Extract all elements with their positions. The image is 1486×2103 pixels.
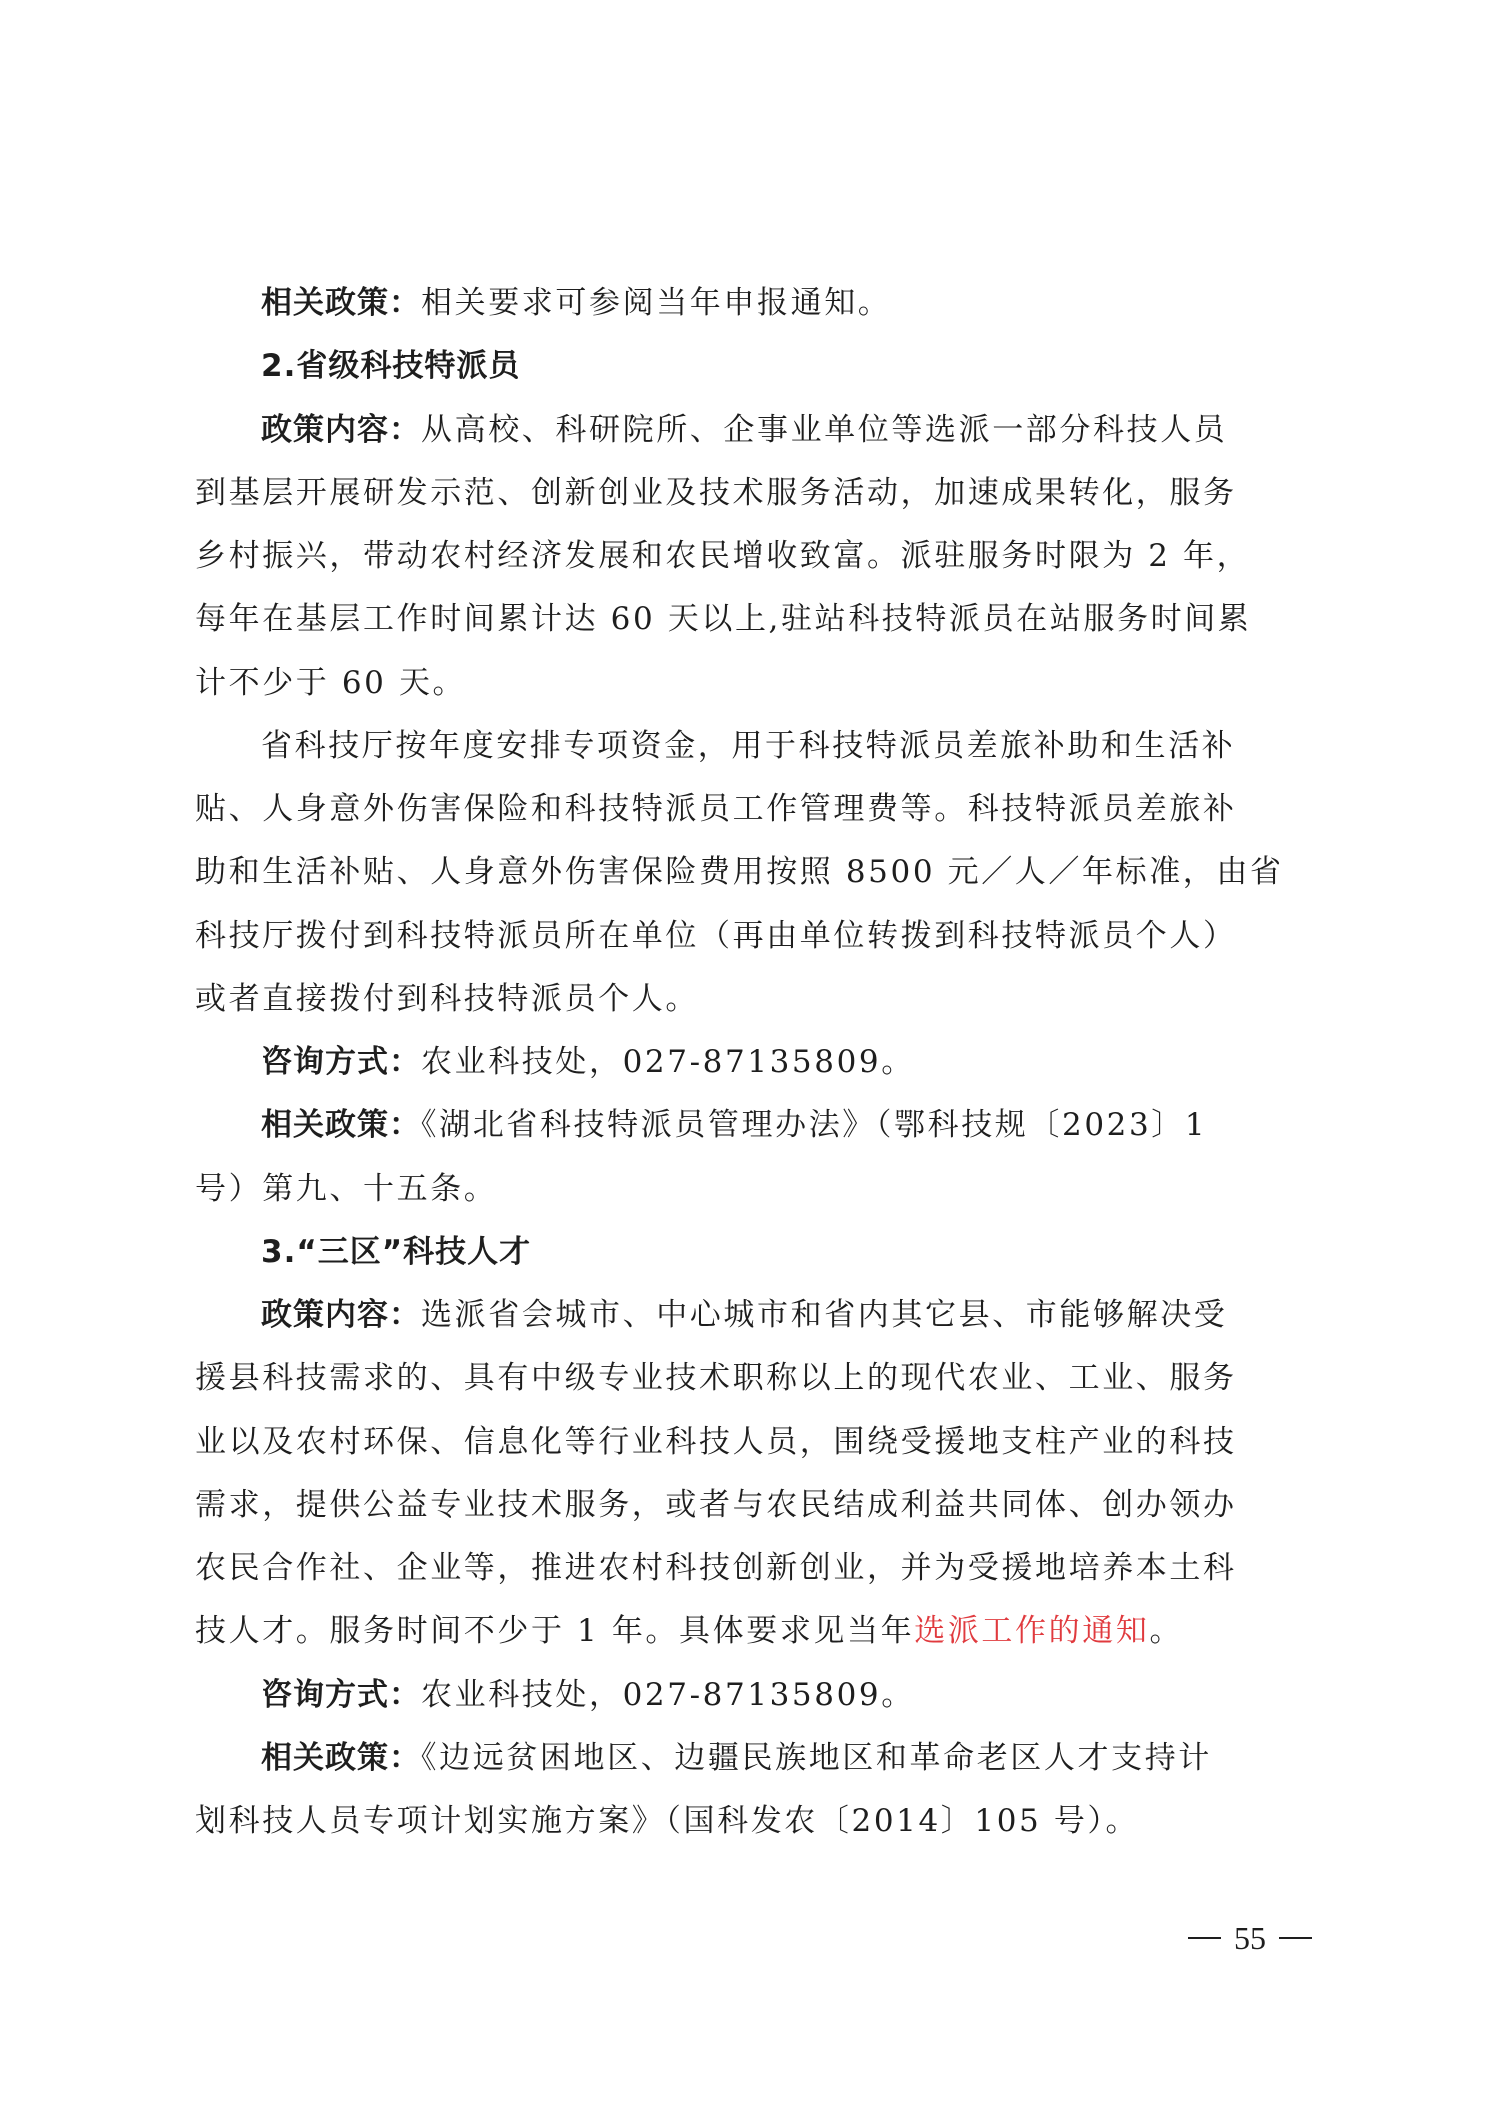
section2-funding-line: 或者直接拨付到科技特派员个人。 xyxy=(195,968,1280,1031)
section3-related-policy: 相关政策：《边远贫困地区、边疆民族地区和革命老区人才支持计 xyxy=(195,1727,1280,1790)
section3-content-line: 农民合作社、企业等，推进农村科技创新创业，并为受援地培养本土科 xyxy=(195,1537,1280,1600)
section2-related-policy: 相关政策：《湖北省科技特派员管理办法》（鄂科技规〔2023〕1 xyxy=(195,1094,1280,1157)
section2-contact: 咨询方式：农业科技处，027-87135809。 xyxy=(195,1031,1280,1094)
policy-content-text: 从高校、科研院所、企事业单位等选派一部分科技人员 xyxy=(421,412,1227,448)
related-policy-text: 《湖北省科技特派员管理办法》（鄂科技规〔2023〕1 xyxy=(421,1107,1207,1143)
section3-heading: 3.“三区”科技人才 xyxy=(195,1221,1280,1284)
section2-funding-line: 科技厅拨付到科技特派员所在单位（再由单位转拨到科技特派员个人） xyxy=(195,905,1280,968)
related-policy-text: 《边远贫困地区、边疆民族地区和革命老区人才支持计 xyxy=(421,1740,1212,1776)
section3-content-line: 援县科技需求的、具有中级专业技术职称以上的现代农业、工业、服务 xyxy=(195,1347,1280,1410)
related-policy-text: 相关要求可参阅当年申报通知。 xyxy=(421,285,891,321)
related-policy-label: 相关政策： xyxy=(261,1740,421,1776)
section3-content-line: 政策内容：选派省会城市、中心城市和省内其它县、市能够解决受 xyxy=(195,1284,1280,1347)
section2-heading: 2.省级科技特派员 xyxy=(195,335,1280,398)
section2-content-line: 计不少于 60 天。 xyxy=(195,652,1280,715)
section2-funding-line: 助和生活补贴、人身意外伤害保险费用按照 8500 元／人／年标准，由省 xyxy=(195,841,1280,904)
section2-funding-line: 贴、人身意外伤害保险和科技特派员工作管理费等。科技特派员差旅补 xyxy=(195,778,1280,841)
content-text: 技人才。服务时间不少于 1 年。具体要求见当年 xyxy=(195,1613,914,1649)
contact-label: 咨询方式： xyxy=(261,1677,421,1713)
related-policy-label: 相关政策： xyxy=(261,285,421,321)
section3-contact: 咨询方式：农业科技处，027-87135809。 xyxy=(195,1664,1280,1727)
policy-content-label: 政策内容： xyxy=(261,1297,421,1333)
content-text: 。 xyxy=(1149,1613,1183,1649)
section2-content-line: 政策内容：从高校、科研院所、企事业单位等选派一部分科技人员 xyxy=(195,399,1280,462)
contact-label: 咨询方式： xyxy=(261,1044,421,1080)
section2-content-line: 到基层开展研发示范、创新创业及技术服务活动，加速成果转化，服务 xyxy=(195,462,1280,525)
dash-left xyxy=(1188,1937,1221,1939)
section3-content-line: 需求，提供公益专业技术服务，或者与农民结成利益共同体、创办领办 xyxy=(195,1474,1280,1537)
contact-text: 农业科技处，027-87135809。 xyxy=(421,1044,915,1080)
policy-content-label: 政策内容： xyxy=(261,412,421,448)
section2-content-line: 乡村振兴，带动农村经济发展和农民增收致富。派驻服务时限为 2 年， xyxy=(195,525,1280,588)
section3-content-line: 业以及农村环保、信息化等行业科技人员，围绕受援地支柱产业的科技 xyxy=(195,1411,1280,1474)
section3-content-line: 技人才。服务时间不少于 1 年。具体要求见当年选派工作的通知。 xyxy=(195,1600,1280,1663)
dash-right xyxy=(1279,1937,1312,1939)
related-policy-label: 相关政策： xyxy=(261,1107,421,1143)
document-body: 相关政策：相关要求可参阅当年申报通知。 2.省级科技特派员 政策内容：从高校、科… xyxy=(195,272,1280,1853)
section1-related-policy: 相关政策：相关要求可参阅当年申报通知。 xyxy=(195,272,1280,335)
page-number: 55 xyxy=(1150,1915,1350,1961)
selection-notice-link[interactable]: 选派工作的通知 xyxy=(914,1613,1149,1649)
contact-text: 农业科技处，027-87135809。 xyxy=(421,1677,915,1713)
policy-content-text: 选派省会城市、中心城市和省内其它县、市能够解决受 xyxy=(421,1297,1227,1333)
section3-related-policy-cont: 划科技人员专项计划实施方案》（国科发农〔2014〕105 号）。 xyxy=(195,1790,1280,1853)
section2-content-line: 每年在基层工作时间累计达 60 天以上,驻站科技特派员在站服务时间累 xyxy=(195,588,1280,651)
section2-related-policy-cont: 号）第九、十五条。 xyxy=(195,1158,1280,1221)
page-number-value: 55 xyxy=(1234,1920,1266,1957)
section2-funding-line: 省科技厅按年度安排专项资金，用于科技特派员差旅补助和生活补 xyxy=(195,715,1280,778)
